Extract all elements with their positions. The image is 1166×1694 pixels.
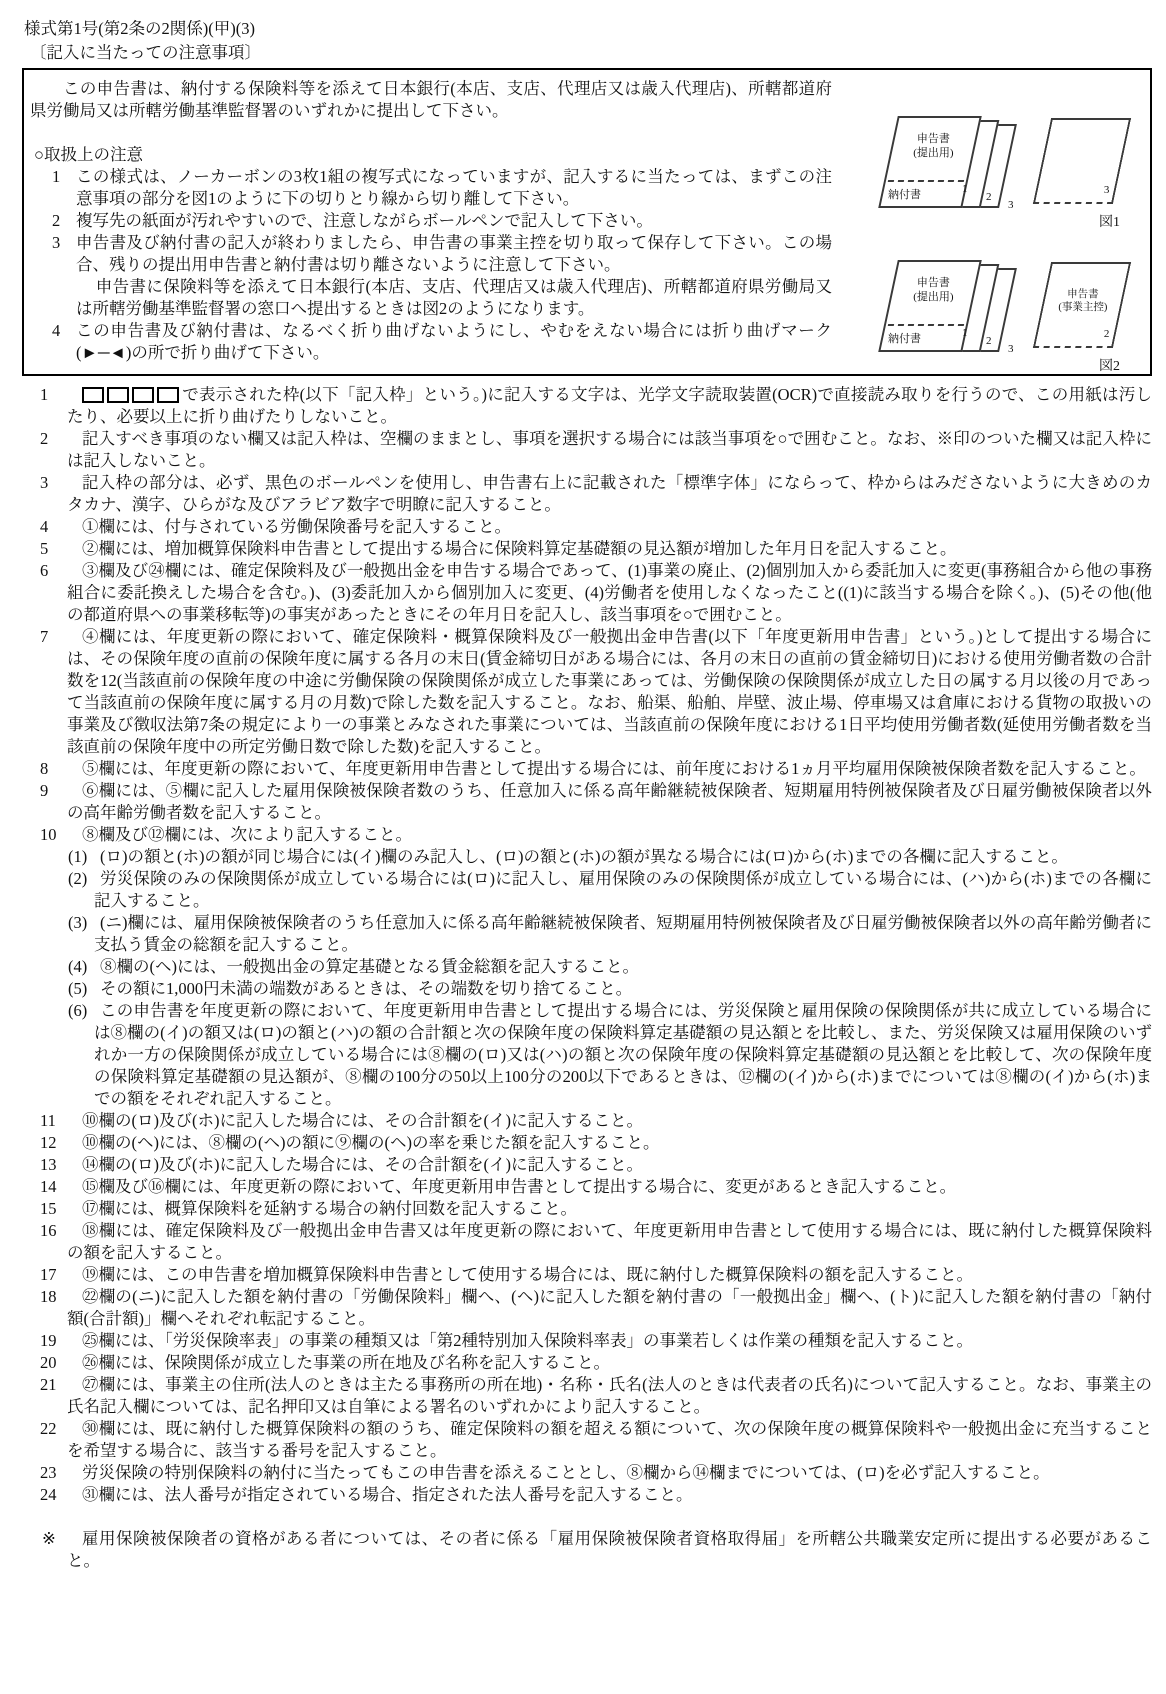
instruction-item: 24㉛欄には、法人番号が指定されている場合、指定された法人番号を記入すること。 xyxy=(22,1484,1152,1506)
item-text: 記入すべき事項のない欄又は記入枠は、空欄のままとし、事項を選択する場合には該当事… xyxy=(67,428,1152,472)
instruction-list: 1で表示された枠(以下「記入枠」という。)に記入する文字は、光学文字読取装置(O… xyxy=(22,384,1152,1506)
subitem-text: この申告書を年度更新の際において、年度更新用申告書として提出する場合には、労災保… xyxy=(94,1000,1152,1110)
instruction-item: 14⑮欄及び⑯欄には、年度更新の際において、年度更新用申告書として提出する場合に… xyxy=(22,1176,1152,1198)
payment-slip-label: 納付書 xyxy=(888,328,921,350)
instruction-item: 16⑱欄には、確定保険料及び一般拠出金申告書又は年度更新の際において、年度更新用… xyxy=(22,1220,1152,1264)
item-text: ⑩欄の(ロ)及び(ホ)に記入した場合には、その合計額を(イ)に記入すること。 xyxy=(67,1110,1152,1132)
subitem-number: (3) xyxy=(68,912,87,934)
sheet-number-1: 1 xyxy=(962,322,968,344)
notice-item-text: 申告書及び納付書の記入が終わりましたら、申告書の事業主控を切り取って保存して下さ… xyxy=(76,233,832,274)
instruction-item: 9⑥欄には、⑤欄に記入した雇用保険被保険者数のうち、任意加入に係る高年齢継続被保… xyxy=(22,780,1152,824)
item-number: 20 xyxy=(40,1352,66,1374)
entry-box-icon xyxy=(107,387,129,403)
sheet-number-3: 3 xyxy=(1008,338,1014,360)
item-number: 8 xyxy=(40,758,66,780)
instruction-item: 19㉕欄には、「労災保険率表」の事業の種類又は「第2種特別加入保険料率表」の事業… xyxy=(22,1330,1152,1352)
notice-item-extra: 申告書に保険料等を添えて日本銀行(本店、支店、代理店又は歳入代理店)、所轄都道府… xyxy=(76,276,832,320)
notice-item-number: 4 xyxy=(52,320,60,342)
instruction-item: 2記入すべき事項のない欄又は記入枠は、空欄のままとし、事項を選択する場合には該当… xyxy=(22,428,1152,472)
item-text: ㉗欄には、事業主の住所(法人のときは主たる事務所の所在地)・名称・氏名(法人のと… xyxy=(67,1374,1152,1418)
instruction-item: 6③欄及び㉔欄には、確定保険料及び一般拠出金を申告する場合であって、(1)事業の… xyxy=(22,560,1152,626)
item-text: ⑰欄には、概算保険料を延納する場合の納付回数を記入すること。 xyxy=(67,1198,1152,1220)
entry-box-icon xyxy=(132,387,154,403)
item-number: 4 xyxy=(40,516,66,538)
instruction-subitem: (2)労災保険のみの保険関係が成立している場合には(ロ)に記入し、雇用保険のみの… xyxy=(22,868,1152,912)
item-number: 19 xyxy=(40,1330,66,1352)
detached-sheet-label xyxy=(1046,144,1122,157)
instruction-item: 12⑩欄の(ヘ)には、⑧欄の(ヘ)の額に⑨欄の(ヘ)の率を乗じた額を記入すること… xyxy=(22,1132,1152,1154)
item-text: ⑭欄の(ロ)及び(ホ)に記入した場合には、その合計額を(イ)に記入すること。 xyxy=(67,1154,1152,1176)
instruction-item: 20㉖欄には、保険関係が成立した事業の所在地及び名称を記入すること。 xyxy=(22,1352,1152,1374)
item-number: 5 xyxy=(40,538,66,560)
item-text: ②欄には、増加概算保険料申告書として提出する場合に保険料算定基礎額の見込額が増加… xyxy=(67,538,1152,560)
item-text: ㉒欄の(ニ)に記入した額を納付書の「労働保険料」欄へ、(ヘ)に記入した額を納付書… xyxy=(67,1286,1152,1330)
notice-intro: この申告書は、納付する保険料等を添えて日本銀行(本店、支店、代理店又は歳入代理店… xyxy=(30,78,832,122)
item-number: 10 xyxy=(40,824,66,846)
detached-sheet-icon: 3 xyxy=(1033,118,1131,204)
item-text: ⑩欄の(ヘ)には、⑧欄の(ヘ)の額に⑨欄の(ヘ)の率を乗じた額を記入すること。 xyxy=(67,1132,1152,1154)
instruction-item: 8⑤欄には、年度更新の際において、年度更新用申告書として提出する場合には、前年度… xyxy=(22,758,1152,780)
notice-item-number: 3 xyxy=(52,232,60,254)
subitem-text: (ロ)の額と(ホ)の額が同じ場合には(イ)欄のみ記入し、(ロ)の額と(ホ)の額が… xyxy=(94,846,1152,868)
item-text: ⑮欄及び⑯欄には、年度更新の際において、年度更新用申告書として提出する場合に、変… xyxy=(67,1176,1152,1198)
item-number: 12 xyxy=(40,1132,66,1154)
instruction-item: 3記入枠の部分は、必ず、黒色のボールペンを使用し、申告書右上に記載された「標準字… xyxy=(22,472,1152,516)
notice-items: 1この様式は、ノーカーボンの3枚1組の複写式になっていますが、記入するに当たって… xyxy=(30,166,832,364)
item-number: 15 xyxy=(40,1198,66,1220)
form-id: 様式第1号(第2条の2関係)(甲)(3) xyxy=(24,18,1152,40)
item-number: 1 xyxy=(40,384,66,406)
detached-sheet-icon: 申告書 (事業主控) 2 xyxy=(1033,262,1131,348)
instruction-item: 21㉗欄には、事業主の住所(法人のときは主たる事務所の所在地)・名称・氏名(法人… xyxy=(22,1374,1152,1418)
footnote-marker: ※ xyxy=(42,1528,56,1550)
instruction-subitem: (6)この申告書を年度更新の際において、年度更新用申告書として提出する場合には、… xyxy=(22,1000,1152,1110)
item-text: ④欄には、年度更新の際において、確定保険料・概算保険料及び一般拠出金申告書(以下… xyxy=(67,626,1152,758)
sheet-number-3: 3 xyxy=(1008,194,1014,216)
item-text: ㉖欄には、保険関係が成立した事業の所在地及び名称を記入すること。 xyxy=(67,1352,1152,1374)
item-text: ㉕欄には、「労災保険率表」の事業の種類又は「第2種特別加入保険料率表」の事業若し… xyxy=(67,1330,1152,1352)
item-text: ③欄及び㉔欄には、確定保険料及び一般拠出金を申告する場合であって、(1)事業の廃… xyxy=(67,560,1152,626)
item-number: 22 xyxy=(40,1418,66,1440)
item-text: 記入枠の部分は、必ず、黒色のボールペンを使用し、申告書右上に記載された「標準字体… xyxy=(67,472,1152,516)
notice-item-text: この様式は、ノーカーボンの3枚1組の複写式になっていますが、記入するに当たっては… xyxy=(76,167,832,208)
item-text: ⑲欄には、この申告書を増加概算保険料申告書として使用する場合には、既に納付した概… xyxy=(67,1264,1152,1286)
notice-item-number: 2 xyxy=(52,210,60,232)
detached-sheet-number: 2 xyxy=(1103,323,1109,345)
instruction-item: 15⑰欄には、概算保険料を延納する場合の納付回数を記入すること。 xyxy=(22,1198,1152,1220)
instruction-item: 17⑲欄には、この申告書を増加概算保険料申告書として使用する場合には、既に納付し… xyxy=(22,1264,1152,1286)
instruction-item: 7④欄には、年度更新の際において、確定保険料・概算保険料及び一般拠出金申告書(以… xyxy=(22,626,1152,758)
item-number: 16 xyxy=(40,1220,66,1242)
subitem-text: その額に1,000円未満の端数があるときは、その端数を切り捨てること。 xyxy=(94,978,1152,1000)
item-number: 9 xyxy=(40,780,66,802)
sheet-front-label: 申告書 (提出用) xyxy=(893,132,973,160)
instruction-item: 4①欄には、付与されている労働保険番号を記入すること。 xyxy=(22,516,1152,538)
item-number: 21 xyxy=(40,1374,66,1396)
item-number: 6 xyxy=(40,560,66,582)
instruction-item: 18㉒欄の(ニ)に記入した額を納付書の「労働保険料」欄へ、(ヘ)に記入した額を納… xyxy=(22,1286,1152,1330)
item-number: 24 xyxy=(40,1484,66,1506)
entry-box-icon xyxy=(157,387,179,403)
handling-notes-title: ○取扱上の注意 xyxy=(34,144,832,166)
item-number: 11 xyxy=(40,1110,66,1132)
footnote: ※ 雇用保険被保険者の資格がある者については、その者に係る「雇用保険被保険者資格… xyxy=(22,1528,1152,1572)
subitem-text: (ニ)欄には、雇用保険被保険者のうち任意加入に係る高年齢継続被保険者、短期雇用特… xyxy=(94,912,1152,956)
item-text: 労災保険の特別保険料の納付に当たってもこの申告書を添えることとし、⑧欄から⑭欄ま… xyxy=(67,1462,1152,1484)
footnote-text: 雇用保険被保険者の資格がある者については、その者に係る「雇用保険被保険者資格取得… xyxy=(67,1528,1152,1572)
item-number: 23 xyxy=(40,1462,66,1484)
cut-line xyxy=(888,180,964,182)
item-text: で表示された枠(以下「記入枠」という。)に記入する文字は、光学文字読取装置(OC… xyxy=(67,384,1152,428)
instruction-item: 5②欄には、増加概算保険料申告書として提出する場合に保険料算定基礎額の見込額が増… xyxy=(22,538,1152,560)
notice-item: 4この申告書及び納付書は、なるべく折り曲げないようにし、やむをえない場合には折り… xyxy=(30,320,832,364)
page-title: 〔記入に当たっての注意事項〕 xyxy=(30,42,1152,64)
notice-item: 1この様式は、ノーカーボンの3枚1組の複写式になっていますが、記入するに当たって… xyxy=(30,166,832,210)
item-number: 2 xyxy=(40,428,66,450)
notice-item-number: 1 xyxy=(52,166,60,188)
item-number: 3 xyxy=(40,472,66,494)
instruction-item: 1で表示された枠(以下「記入枠」という。)に記入する文字は、光学文字読取装置(O… xyxy=(22,384,1152,428)
sheet-number-1: 1 xyxy=(962,178,968,200)
item-text: ⑥欄には、⑤欄に記入した雇用保険被保険者数のうち、任意加入に係る高年齢継続被保険… xyxy=(67,780,1152,824)
instruction-item: 10⑧欄及び⑫欄には、次により記入すること。 xyxy=(22,824,1152,846)
instruction-subitem: (3)(ニ)欄には、雇用保険被保険者のうち任意加入に係る高年齢継続被保険者、短期… xyxy=(22,912,1152,956)
subitem-number: (6) xyxy=(68,1000,87,1022)
detached-sheet-label: 申告書 (事業主控) xyxy=(1045,288,1121,314)
item-text: ①欄には、付与されている労働保険番号を記入すること。 xyxy=(67,516,1152,538)
document-page: 様式第1号(第2条の2関係)(甲)(3) 〔記入に当たっての注意事項〕 この申告… xyxy=(0,0,1166,1694)
cut-line xyxy=(888,324,964,326)
figures-column: 申告書 (提出用) 納付書 1 2 3 3 図1 xyxy=(882,104,1134,376)
instruction-subitem: (1)(ロ)の額と(ホ)の額が同じ場合には(イ)欄のみ記入し、(ロ)の額と(ホ)… xyxy=(22,846,1152,868)
notice-item-text: 複写先の紙面が汚れやすいので、注意しながらボールペンで記入して下さい。 xyxy=(76,211,653,230)
item-text: ⑱欄には、確定保険料及び一般拠出金申告書又は年度更新の際において、年度更新用申告… xyxy=(67,1220,1152,1264)
sheet-number-2: 2 xyxy=(986,186,992,208)
payment-slip-label: 納付書 xyxy=(888,184,921,206)
sheet-number-2: 2 xyxy=(986,330,992,352)
notice-item-text: この申告書及び納付書は、なるべく折り曲げないようにし、やむをえない場合には折り曲… xyxy=(76,321,832,362)
entry-box-icon xyxy=(82,387,104,403)
notice-item: 3申告書及び納付書の記入が終わりましたら、申告書の事業主控を切り取って保存して下… xyxy=(30,232,832,320)
subitem-number: (2) xyxy=(68,868,87,890)
detached-sheet-number: 3 xyxy=(1103,179,1109,201)
figure-caption: 図2 xyxy=(1099,356,1120,378)
subitem-text: ⑧欄の(ヘ)には、一般拠出金の算定基礎となる賃金総額を記入すること。 xyxy=(94,956,1152,978)
figure-1: 申告書 (提出用) 納付書 1 2 3 3 図1 xyxy=(882,104,1134,232)
sheet-front-label: 申告書 (提出用) xyxy=(893,276,973,304)
item-number: 14 xyxy=(40,1176,66,1198)
instruction-item: 11⑩欄の(ロ)及び(ホ)に記入した場合には、その合計額を(イ)に記入すること。 xyxy=(22,1110,1152,1132)
instruction-item: 23労災保険の特別保険料の納付に当たってもこの申告書を添えることとし、⑧欄から⑭… xyxy=(22,1462,1152,1484)
item-text: ⑧欄及び⑫欄には、次により記入すること。 xyxy=(67,824,1152,846)
instruction-item: 22㉚欄には、既に納付した概算保険料の額のうち、確定保険料の額を超える額について… xyxy=(22,1418,1152,1462)
item-text: ㉛欄には、法人番号が指定されている場合、指定された法人番号を記入すること。 xyxy=(67,1484,1152,1506)
instruction-subitem: (5)その額に1,000円未満の端数があるときは、その端数を切り捨てること。 xyxy=(22,978,1152,1000)
figure-2: 申告書 (提出用) 納付書 1 2 3 申告書 (事業主控) 2 図2 xyxy=(882,248,1134,376)
instruction-item: 13⑭欄の(ロ)及び(ホ)に記入した場合には、その合計額を(イ)に記入すること。 xyxy=(22,1154,1152,1176)
item-text: ㉚欄には、既に納付した概算保険料の額のうち、確定保険料の額を超える額について、次… xyxy=(67,1418,1152,1462)
subitem-number: (1) xyxy=(68,846,87,868)
subitem-number: (4) xyxy=(68,956,87,978)
item-text: ⑤欄には、年度更新の際において、年度更新用申告書として提出する場合には、前年度に… xyxy=(67,758,1152,780)
notice-item: 2複写先の紙面が汚れやすいので、注意しながらボールペンで記入して下さい。 xyxy=(30,210,832,232)
item-number: 18 xyxy=(40,1286,66,1308)
notice-box-text: この申告書は、納付する保険料等を添えて日本銀行(本店、支店、代理店又は歳入代理店… xyxy=(30,78,832,364)
subitem-number: (5) xyxy=(68,978,87,1000)
subitem-text: 労災保険のみの保険関係が成立している場合には(ロ)に記入し、雇用保険のみの保険関… xyxy=(94,868,1152,912)
figure-caption: 図1 xyxy=(1099,212,1120,234)
item-number: 7 xyxy=(40,626,66,648)
notice-box: この申告書は、納付する保険料等を添えて日本銀行(本店、支店、代理店又は歳入代理店… xyxy=(22,68,1152,376)
instruction-subitem: (4)⑧欄の(ヘ)には、一般拠出金の算定基礎となる賃金総額を記入すること。 xyxy=(22,956,1152,978)
item-number: 13 xyxy=(40,1154,66,1176)
item-number: 17 xyxy=(40,1264,66,1286)
